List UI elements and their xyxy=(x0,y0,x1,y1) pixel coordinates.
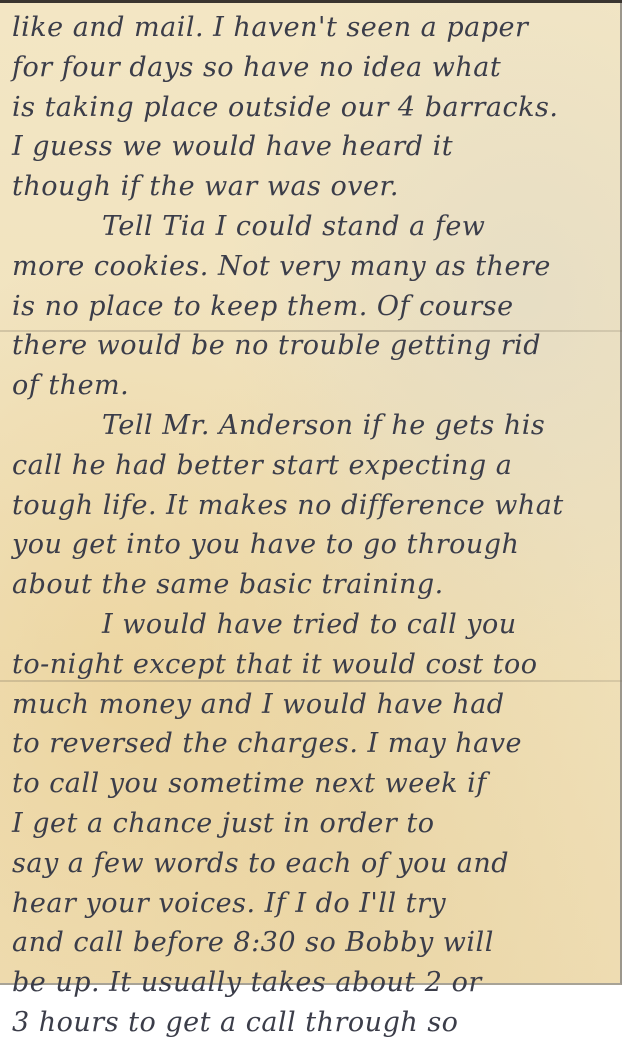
text-line: to call you sometime next week if xyxy=(12,764,607,804)
text-line: call he had better start expecting a xyxy=(12,446,607,486)
text-line: about the same basic training. xyxy=(12,565,607,605)
text-line: though if the war was over. xyxy=(12,167,607,207)
paragraph-start-line: Tell Mr. Anderson if he gets his xyxy=(12,406,607,446)
text-line: hear your voices. If I do I'll try xyxy=(12,884,607,924)
text-line: tough life. It makes no difference what xyxy=(12,486,607,526)
text-line: be up. It usually takes about 2 or xyxy=(12,963,607,1000)
text-line: like and mail. I haven't seen a paper xyxy=(12,8,607,48)
text-line: to-night except that it would cost too xyxy=(12,645,607,685)
text-line: more cookies. Not very many as there xyxy=(12,247,607,287)
handwritten-text-body: like and mail. I haven't seen a paper fo… xyxy=(12,8,607,1000)
text-line: is taking place outside our 4 barracks. xyxy=(12,88,607,128)
letter-page: like and mail. I haven't seen a paper fo… xyxy=(0,0,622,985)
text-line: for four days so have no idea what xyxy=(12,48,607,88)
text-line: there would be no trouble getting rid xyxy=(12,326,607,366)
paragraph-start-line: Tell Tia I could stand a few xyxy=(12,207,607,247)
text-line: is no place to keep them. Of course xyxy=(12,287,607,327)
paper-top-edge xyxy=(0,0,622,3)
text-line: to reversed the charges. I may have xyxy=(12,724,607,764)
text-line: I get a chance just in order to xyxy=(12,804,607,844)
text-line: I guess we would have heard it xyxy=(12,127,607,167)
text-line: much money and I would have had xyxy=(12,685,607,725)
text-line: you get into you have to go through xyxy=(12,525,607,565)
text-line: and call before 8:30 so Bobby will xyxy=(12,923,607,963)
text-line: of them. xyxy=(12,366,607,406)
paragraph-start-line: I would have tried to call you xyxy=(12,605,607,645)
text-line: say a few words to each of you and xyxy=(12,844,607,884)
